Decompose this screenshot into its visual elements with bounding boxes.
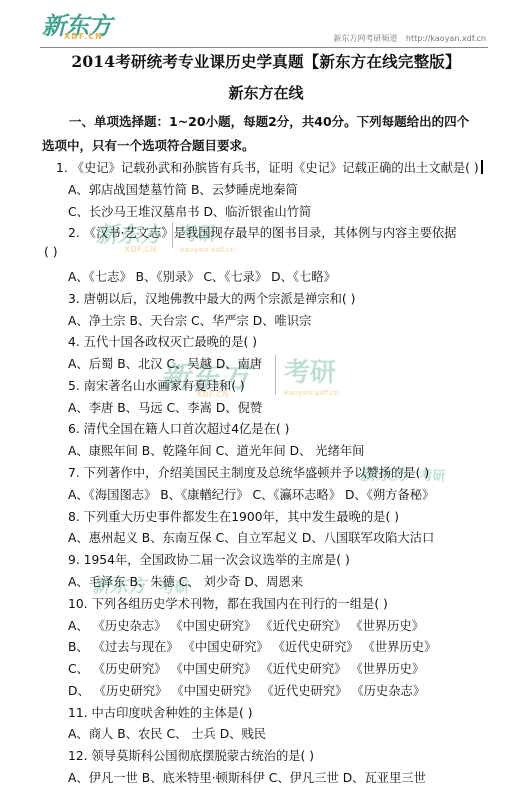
- question-4: 4. 五代十国各政权灭亡最晚的是( ): [68, 332, 257, 350]
- question-2: 2. 《汉书·艺文志》是我国现存最早的图书目录，其体例与内容主要依据: [68, 223, 456, 241]
- watermark-url: kaoyan.xdf.cn: [284, 389, 339, 397]
- question-11-options: A、商人 B、农民 C、 士兵 D、贱民: [68, 724, 266, 742]
- channel-name: 新东方网考研频道: [333, 34, 397, 43]
- question-number: 12.: [68, 749, 88, 763]
- question-text: 南宋著名山水画家有夏珪和( ): [84, 379, 245, 393]
- question-8: 8. 下列重大历史事件都发生在1900年，其中发生最晚的是( ): [68, 507, 399, 525]
- question-text: 五代十国各政权灭亡最晚的是( ): [84, 335, 257, 349]
- section-line-2: 选项中，只有一个选项符合题目要求。: [42, 134, 492, 158]
- channel-url[interactable]: http://kaoyan.xdf.cn: [406, 34, 486, 43]
- watermark-2-kaoyan: 考研 kaoyan.xdf.cn: [284, 352, 339, 397]
- question-10-option-d: D、 《历史研究》 《中国史研究》 《近代史研究》 《历史杂志》: [68, 681, 425, 699]
- document-subtitle: 新东方在线: [0, 82, 532, 103]
- question-number: 10.: [68, 597, 88, 611]
- question-text: 下列重大历史事件都发生在1900年，其中发生最晚的是( ): [84, 510, 399, 524]
- section-line-1: 一、单项选择题：1~20小题，每题2分，共40分。下列每题给出的四个: [42, 110, 492, 134]
- document-title: 2014考研统考专业课历史学真题【新东方在线完整版】: [0, 50, 532, 72]
- question-2-continued: ( ): [44, 245, 58, 259]
- question-text: 下列各组历史学术刊物，都在我国内在刊行的一组是( ): [91, 597, 387, 611]
- question-6-options: A、康熙年间 B、乾隆年间 C、道光年间 D、 光绪年间: [68, 441, 364, 459]
- watermark-divider-2: [275, 355, 276, 395]
- question-8-options: A、惠州起义 B、东南互保 C、自立军起义 D、八国联军攻陷大沽口: [68, 528, 434, 546]
- question-1-option-line-2: C、长沙马王堆汉墓帛书 D、临沂银雀山竹简: [68, 202, 311, 220]
- question-number: 5.: [68, 379, 80, 393]
- question-4-options: A、后蜀 B、北汉 C、吴越 D、南唐: [68, 354, 262, 372]
- header-channel-info: 新东方网考研频道 http://kaoyan.xdf.cn: [333, 33, 486, 44]
- question-text: 中古印度吠舍种姓的主体是( ): [91, 706, 252, 720]
- watermark-url: kaoyan.xdf.cn: [180, 246, 235, 254]
- question-text: 《史记》记载孙武和孙膑皆有兵书，证明《史记》记载正确的出土文献是( ): [72, 161, 479, 175]
- question-text: 《汉书·艺文志》是我国现存最早的图书目录，其体例与内容主要依据: [84, 226, 457, 240]
- watermark-logo-sub: XDF.CN: [124, 245, 162, 254]
- xdf-logo: 新东方 XDF.CN: [42, 6, 117, 42]
- question-9: 9. 1954年，全国政协二届一次会议选举的主席是( ): [68, 550, 350, 568]
- question-10-option-b: B、 《过去与现在》 《中国史研究》 《近代史研究》 《世界历史》: [68, 637, 436, 655]
- question-number: 4.: [68, 335, 80, 349]
- question-3-options: A、净土宗 B、天台宗 C、华严宗 D、唯识宗: [68, 311, 311, 329]
- question-7: 7. 下列著作中，介绍美国民主制度及总统华盛顿并予以赞扬的是( ): [68, 463, 429, 481]
- logo-subtext: XDF.CN: [64, 32, 103, 41]
- question-text: 清代全国在籍人口首次超过4亿是在( ): [84, 422, 290, 436]
- question-text: 下列著作中，介绍美国民主制度及总统华盛顿并予以赞扬的是( ): [84, 466, 430, 480]
- question-number: 8.: [68, 510, 80, 524]
- question-5-options: A、李唐 B、马远 C、李嵩 D、倪赞: [68, 398, 262, 416]
- question-9-options: A、毛泽东 B、朱德 C、 刘少奇 D、周恩来: [68, 572, 303, 590]
- question-6: 6. 清代全国在籍人口首次超过4亿是在( ): [68, 419, 289, 437]
- question-12: 12. 领导莫斯科公国彻底摆脱蒙古统治的是( ): [68, 746, 314, 764]
- question-5: 5. 南宋著名山水画家有夏珪和( ): [68, 376, 245, 394]
- question-number: 11.: [68, 706, 88, 720]
- question-number: 9.: [68, 553, 80, 567]
- question-number: 2.: [68, 226, 80, 240]
- page-header: 新东方 XDF.CN 新东方网考研频道 http://kaoyan.xdf.cn: [0, 0, 532, 48]
- question-2-options: A、《七志》 B、《别录》 C、《七录》 D、《七略》: [68, 267, 336, 285]
- question-number: 6.: [68, 422, 80, 436]
- question-10-option-a: A、 《历史杂志》 《中国史研究》 《近代史研究》 《世界历史》: [68, 616, 424, 634]
- question-text: 唐朝以后，汉地佛教中最大的两个宗派是禅宗和( ): [84, 292, 356, 306]
- question-number: 7.: [68, 466, 80, 480]
- question-12-options: A、伊凡一世 B、底米特里·顿斯科伊 C、伊凡三世 D、瓦亚里三世: [68, 768, 426, 786]
- question-1: 1. 《史记》记载孙武和孙膑皆有兵书，证明《史记》记载正确的出土文献是( ): [56, 158, 483, 176]
- question-number: 3.: [68, 292, 80, 306]
- question-number: 1.: [56, 161, 68, 175]
- question-text: 1954年，全国政协二届一次会议选举的主席是( ): [84, 553, 350, 567]
- question-1-option-line-1: A、郭店战国楚墓竹简 B、云梦睡虎地秦简: [68, 180, 298, 198]
- question-7-options: A、《海国图志》 B、《康輶纪行》 C、《瀛环志略》 D、《朔方备秘》: [68, 485, 434, 503]
- question-text: 领导莫斯科公国彻底摆脱蒙古统治的是( ): [91, 749, 314, 763]
- question-11: 11. 中古印度吠舍种姓的主体是( ): [68, 703, 253, 721]
- question-10: 10. 下列各组历史学术刊物，都在我国内在刊行的一组是( ): [68, 594, 388, 612]
- section-instructions: 一、单项选择题：1~20小题，每题2分，共40分。下列每题给出的四个 选项中，只…: [42, 110, 492, 158]
- question-10-option-c: C、 《历史研究》 《中国史研究》 《近代史研究》 《世界历史》: [68, 659, 424, 677]
- question-3: 3. 唐朝以后，汉地佛教中最大的两个宗派是禅宗和( ): [68, 289, 355, 307]
- text-cursor: [481, 160, 483, 174]
- watermark-kaoyan: 考研: [284, 358, 336, 388]
- header-divider: [40, 47, 488, 48]
